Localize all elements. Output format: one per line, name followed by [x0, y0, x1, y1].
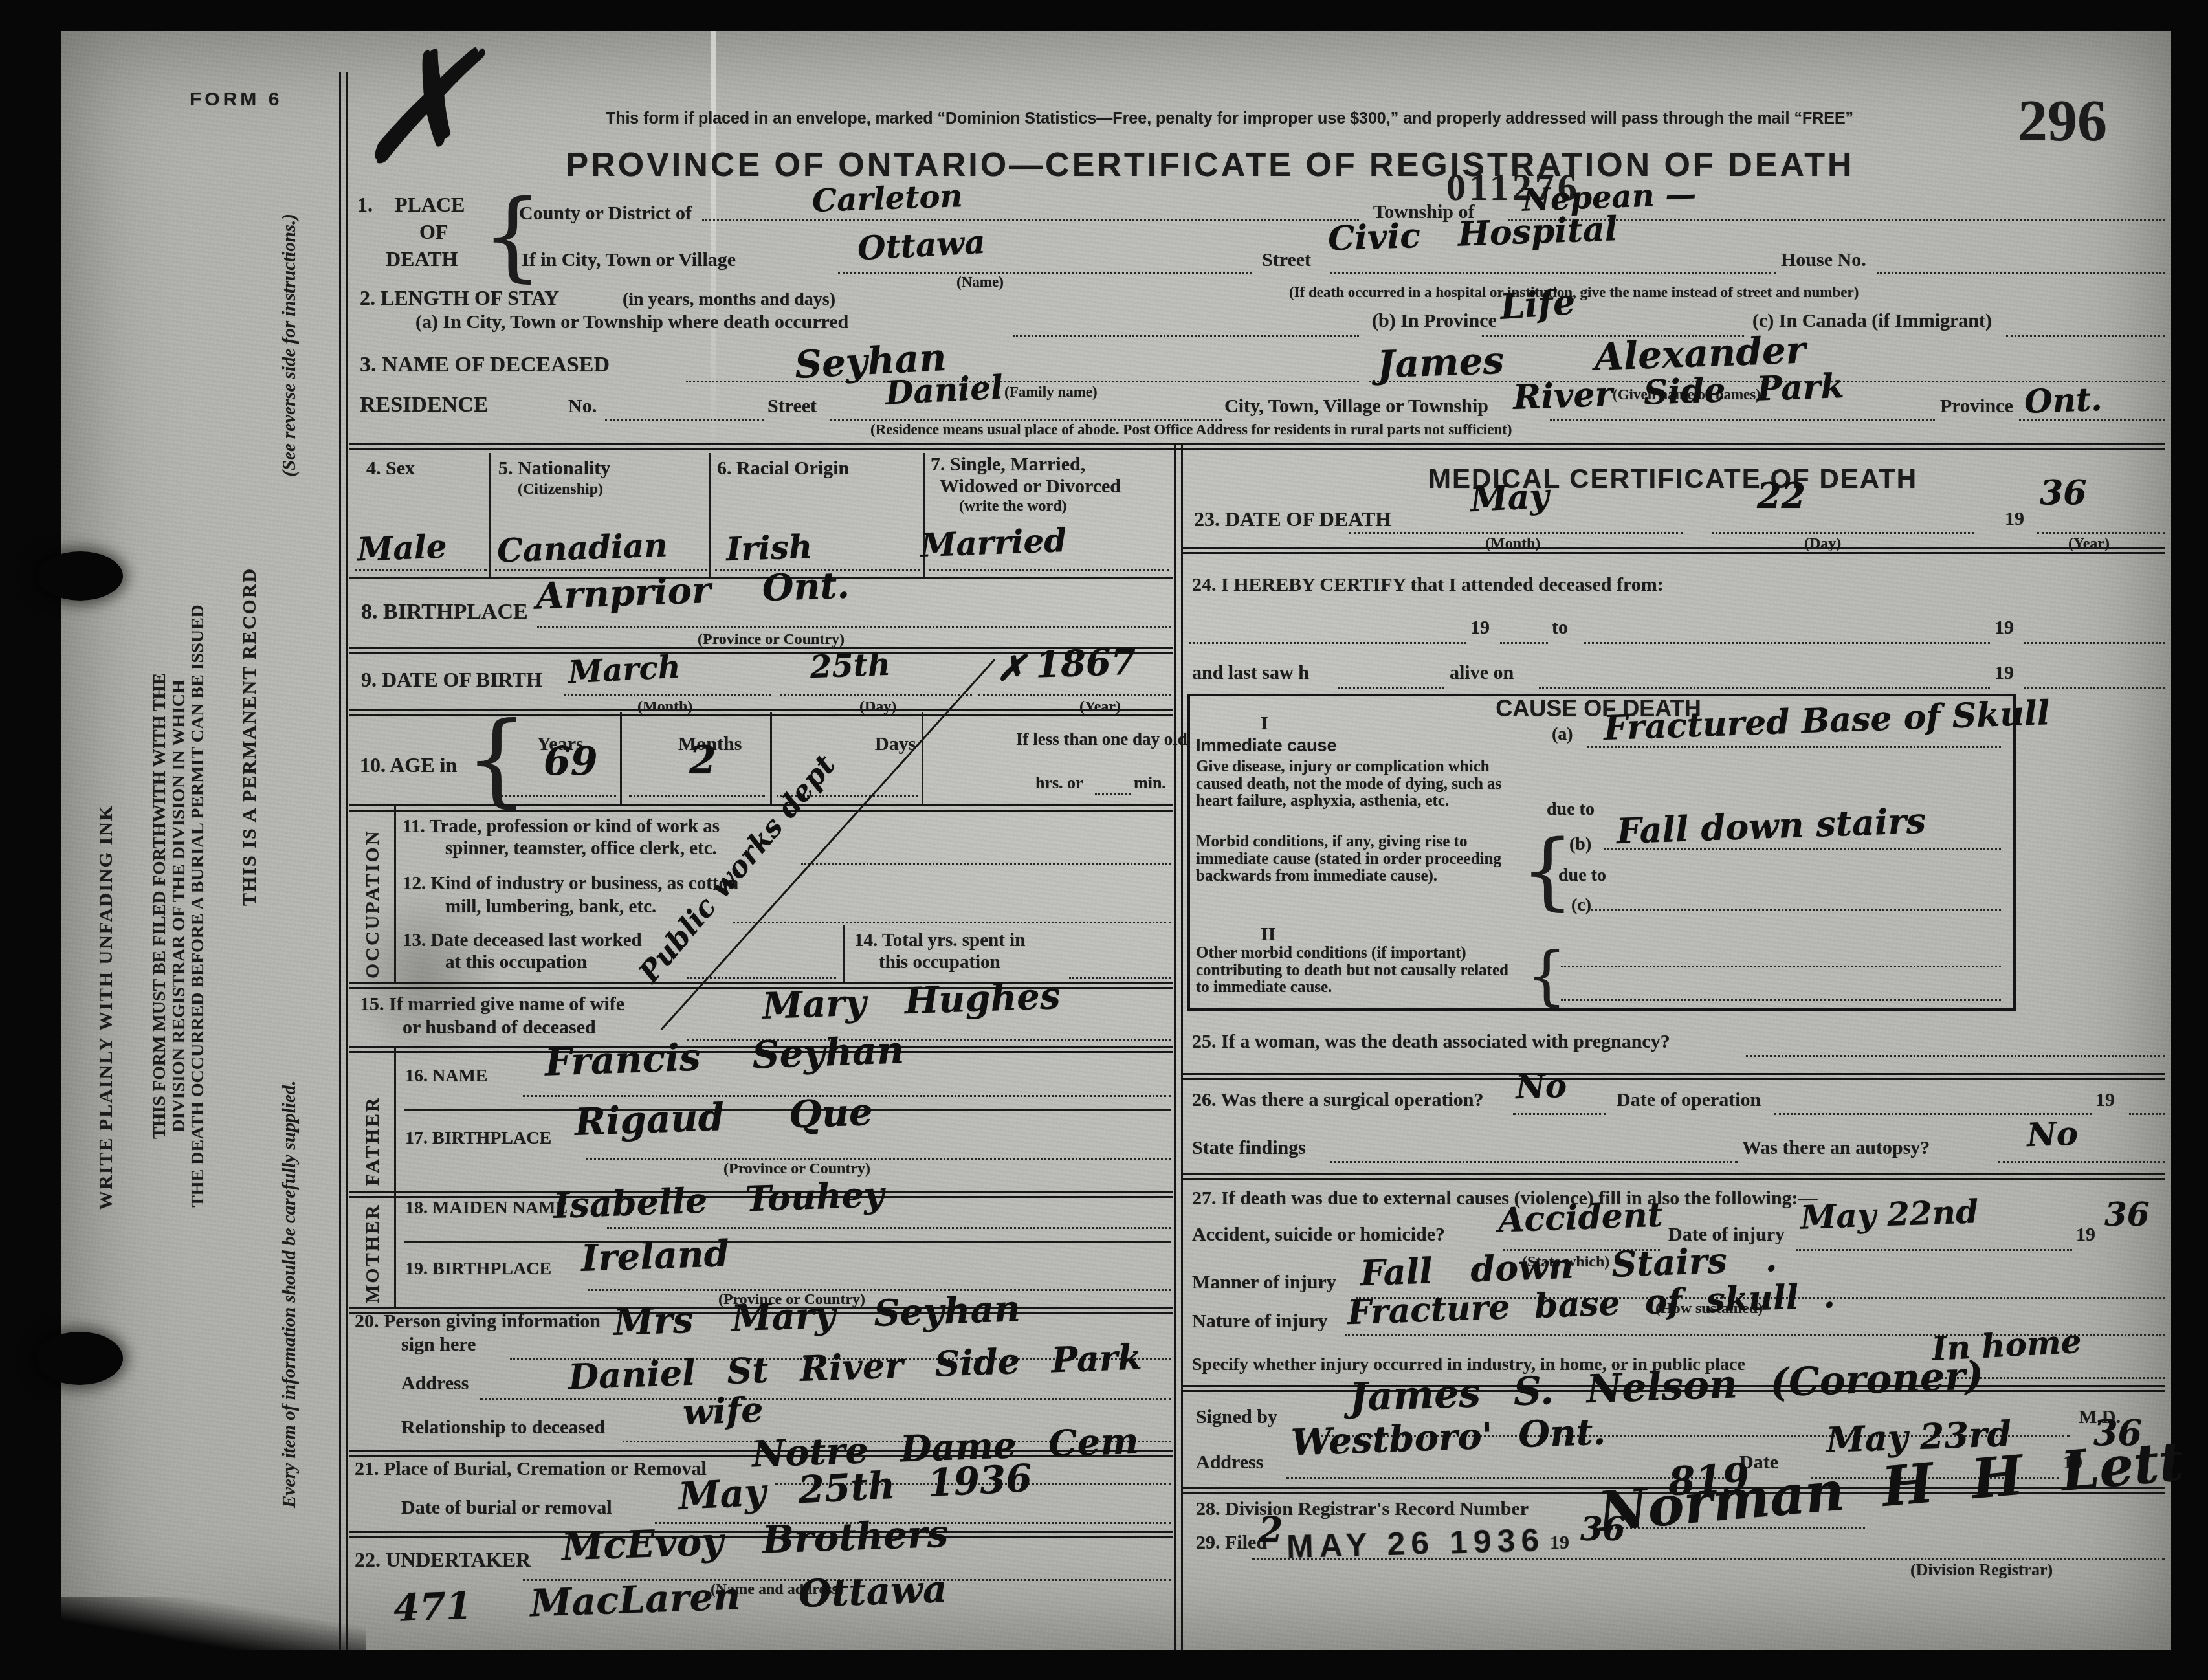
county-label: County or District of	[519, 203, 692, 224]
dotted-line	[2037, 532, 2165, 534]
punch-hole-top	[38, 551, 123, 601]
manner-label: Manner of injury	[1192, 1272, 1336, 1293]
dotted-line	[1069, 977, 1171, 979]
last-saw-year: 19	[1994, 663, 2014, 683]
birth-month-value: March	[568, 650, 681, 689]
nationality-value: Canadian	[496, 527, 668, 568]
birth-x-mark: ✗	[997, 650, 1026, 687]
form-number-label: FORM 6	[190, 89, 282, 110]
mail-notice: This form if placed in an envelope, mark…	[447, 110, 2013, 127]
dotted-line	[1746, 1055, 2165, 1057]
dotted-line	[780, 694, 972, 696]
pregnancy-label: 25. If a woman, was the death associated…	[1192, 1032, 1670, 1052]
nature-label: Nature of injury	[1192, 1311, 1327, 1332]
injury-year-prefix: 19	[2076, 1224, 2095, 1245]
residence-note: (Residence means usual place of abode. P…	[870, 422, 1512, 437]
field2-label: 2. LENGTH OF STAY	[360, 287, 559, 309]
division-registrar-sublabel: (Division Registrar)	[1910, 1561, 2053, 1579]
field2b-value: Life	[1499, 283, 1576, 326]
dotted-line	[1095, 793, 1131, 795]
date-of-death-label: 23. DATE OF DEATH	[1194, 509, 1391, 531]
undertaker-label: 22. UNDERTAKER	[355, 1549, 531, 1571]
residence-street-value: Daniel	[885, 370, 1004, 410]
scanned-death-certificate: WRITE PLAINLY WITH UNFADING INK THIS FOR…	[0, 0, 2208, 1680]
birthplace-sublabel: (Province or Country)	[698, 632, 845, 648]
sidebar-filing-line1: THIS FORM MUST BE FILED FORTHWITH WITH T…	[150, 330, 170, 1482]
city-label: If in City, Town or Village	[522, 250, 736, 271]
dotted-line	[2129, 1113, 2165, 1115]
age-label: 10. AGE in	[360, 755, 457, 777]
racial-origin-value: Irish	[725, 529, 813, 567]
field14-label-line2: this occupation	[879, 953, 1000, 973]
nationality-label: 5. Nationality	[498, 458, 610, 479]
medical-title: MEDICAL CERTIFICATE OF DEATH	[1204, 465, 2142, 494]
field12-label-line2: mill, lumbering, bank, etc.	[445, 897, 656, 917]
findings-label: State findings	[1192, 1138, 1306, 1158]
field12-label-line1: 12. Kind of industry or business, as cot…	[403, 874, 738, 894]
filed-year-prefix: 19	[1550, 1532, 1569, 1553]
morbid-conditions-note: Morbid conditions, if any, giving rise t…	[1196, 834, 1523, 885]
dotted-line	[801, 863, 1171, 865]
age-divider	[620, 712, 622, 804]
residence-city-label: City, Town, Village or Township	[1224, 396, 1488, 417]
residence-label: RESIDENCE	[360, 393, 488, 417]
house-number-label: House No.	[1781, 250, 1866, 271]
death-year-prefix: 19	[2005, 509, 2024, 529]
marital-label-line1: 7. Single, Married,	[931, 454, 1085, 475]
field11-label-line1: 11. Trade, profession or kind of work as	[403, 817, 720, 837]
dotted-line	[1591, 909, 2001, 911]
column-divider	[1174, 443, 1183, 1650]
certify-year2: 19	[1994, 617, 2014, 638]
accident-value: Accident	[1497, 1197, 1663, 1239]
father-birthplace-value: Rigaud Que	[574, 1092, 874, 1143]
cause-roman-one: I	[1261, 713, 1268, 734]
signed-by-label: Signed by	[1196, 1407, 1277, 1428]
field1-label-place: PLACE	[395, 194, 465, 216]
marital-label-line2: Widowed or Divorced	[940, 476, 1121, 497]
dotted-line	[929, 569, 1169, 571]
mother-bracket-line	[394, 1191, 396, 1309]
marital-value: Married	[920, 523, 1067, 562]
dotted-line	[1330, 1161, 1738, 1163]
dotted-line	[480, 1398, 1171, 1400]
age-min-label: min.	[1134, 774, 1166, 792]
residence-province-label: Province	[1940, 396, 2013, 417]
mother-maiden-label: 18. MAIDEN NAME	[405, 1199, 568, 1218]
dotted-line	[1587, 746, 2001, 748]
operation-year: 19	[2095, 1090, 2115, 1111]
date-of-birth-label: 9. DATE OF BIRTH	[361, 669, 542, 691]
last-saw-label: and last saw h	[1192, 663, 1309, 683]
sidebar-filing-line3: THE DEATH OCCURRED BEFORE A BURIAL PERMI…	[188, 330, 208, 1482]
informant-label-line1: 20. Person giving information	[355, 1311, 601, 1332]
signed-address-label: Address	[1196, 1452, 1263, 1473]
dotted-line	[1712, 532, 1974, 534]
sidebar-divider	[339, 72, 348, 1650]
other-morbid-note: Other morbid conditions (if important) c…	[1196, 945, 1523, 997]
birth-year-value: 1867	[1035, 643, 1137, 685]
dotted-line	[686, 381, 1359, 382]
immediate-cause-note: Give disease, injury or complication whi…	[1196, 758, 1523, 810]
dotted-line	[702, 219, 1359, 221]
age-less-label: If less than one day old	[1016, 730, 1187, 749]
field3-label: 3. NAME OF DECEASED	[360, 353, 610, 377]
age-divider	[922, 712, 923, 804]
section-rule	[349, 804, 1173, 812]
accident-label: Accident, suicide or homicide?	[1192, 1224, 1445, 1245]
cause-c-label: (c)	[1571, 896, 1591, 915]
sidebar-every-item: Every item of information should be care…	[280, 1080, 300, 1508]
sidebar-write-plainly: WRITE PLAINLY WITH UNFADING INK	[96, 804, 116, 1210]
dotted-line	[1513, 1113, 1606, 1115]
sex-value: Male	[357, 529, 447, 567]
field1-label-of: OF	[419, 221, 448, 243]
dotted-line	[1349, 532, 1683, 534]
section-rule	[1181, 547, 2165, 554]
certify-label: 24. I HEREBY CERTIFY that I attended dec…	[1192, 575, 1664, 595]
spouse-value: Mary Hughes	[762, 977, 1061, 1026]
father-name-label: 16. NAME	[405, 1067, 488, 1086]
certify-to-label: to	[1552, 617, 1568, 638]
page-number: 296	[2018, 89, 2107, 153]
mother-birthplace-value: Ireland	[580, 1235, 730, 1278]
field2b-label: (b) In Province	[1372, 311, 1497, 331]
marital-sublabel: (write the word)	[959, 498, 1067, 514]
spouse-label-line1: 15. If married give name of wife	[360, 994, 624, 1015]
dotted-line	[629, 795, 765, 797]
city-sublabel: (Name)	[956, 274, 1004, 290]
section-rule	[1181, 1173, 2165, 1180]
burial-date-label: Date of burial or removal	[401, 1498, 612, 1518]
birthplace-label: 8. BIRTHPLACE	[361, 601, 528, 624]
death-month-value: May	[1470, 478, 1550, 518]
row-rule	[404, 1241, 1171, 1243]
dotted-line	[1550, 419, 1935, 421]
informant-address-label: Address	[401, 1373, 469, 1394]
field11-label-line2: spinner, teamster, office clerk, etc.	[445, 839, 717, 859]
dotted-line	[493, 795, 616, 797]
field2a-label: (a) In City, Town or Township where deat…	[415, 312, 848, 333]
autopsy-value: No	[2026, 1116, 2079, 1153]
dotted-line	[537, 626, 1171, 628]
dotted-line	[586, 1158, 1171, 1160]
family-name-sublabel: (Family name)	[1004, 384, 1098, 400]
dotted-line	[2024, 642, 2165, 644]
sidebar-filing-notice: THIS FORM MUST BE FILED FORTHWITH WITH T…	[150, 330, 208, 1482]
field2-sublabel: (in years, months and days)	[623, 290, 835, 309]
dotted-line	[1338, 687, 1444, 689]
dotted-line	[1500, 642, 1548, 644]
filed-prefix-value: 2	[1259, 1512, 1283, 1549]
mother-side-label: MOTHER	[362, 1203, 383, 1303]
field13-label-line2: at this occupation	[445, 953, 587, 973]
page-title: PROVINCE OF ONTARIO—CERTIFICATE OF REGIS…	[447, 148, 1974, 183]
occupation-side-label: OCCUPATION	[362, 829, 383, 978]
autopsy-label: Was there an autopsy?	[1742, 1138, 1930, 1158]
residence-no-label: No.	[568, 396, 597, 417]
certify-year1: 19	[1470, 617, 1490, 638]
mother-birthplace-label: 19. BIRTHPLACE	[405, 1259, 551, 1279]
dotted-line	[733, 922, 1171, 923]
operation-label: 26. Was there a surgical operation?	[1192, 1090, 1484, 1111]
father-birthplace-label: 17. BIRTHPLACE	[405, 1129, 551, 1148]
grid-divider	[709, 453, 711, 577]
dotted-line	[1584, 642, 1990, 644]
filed-label: 29. Filed	[1196, 1532, 1267, 1553]
burial-place-label: 21. Place of Burial, Cremation or Remova…	[355, 1459, 707, 1479]
nationality-sublabel: (Citizenship)	[518, 481, 603, 498]
field13-14-divider	[843, 925, 845, 982]
sidebar-permanent-record: THIS IS A PERMANENT RECORD	[239, 568, 260, 906]
dotted-line	[1561, 999, 2001, 1001]
cause-due-to-1: due to	[1547, 800, 1595, 819]
death-year-value: 36	[2040, 475, 2086, 511]
dotted-line	[588, 1289, 1171, 1291]
father-bracket-line	[394, 1046, 396, 1191]
alive-on-label: alive on	[1450, 663, 1514, 683]
age-divider	[770, 712, 772, 804]
sidebar-instructions: Every item of information should be care…	[280, 214, 300, 1508]
cause-roman-two: II	[1261, 924, 1275, 945]
dotted-line	[1877, 272, 2165, 274]
dotted-line	[2024, 687, 2165, 689]
dotted-line	[355, 569, 487, 571]
operation-value: No	[1515, 1068, 1567, 1105]
dotted-line	[1539, 687, 1990, 689]
street-value: Civic Hospital	[1327, 211, 1618, 257]
cause-b-label: (b)	[1569, 835, 1591, 854]
dotted-line	[564, 694, 771, 696]
informant-relationship-value: wife	[682, 1391, 764, 1431]
dotted-line	[1330, 272, 1776, 274]
dotted-line	[1604, 848, 2001, 850]
field13-label-line1: 13. Date deceased last worked	[403, 931, 642, 951]
injury-date-value: May 22nd	[1800, 1194, 1979, 1235]
cause-a-label: (a)	[1552, 725, 1573, 744]
residence-province-value: Ont.	[2024, 382, 2103, 419]
cause-due-to-2: due to	[1558, 866, 1606, 885]
dotted-line	[978, 694, 1171, 696]
age-years-value: 69	[544, 742, 598, 783]
death-day-value: 22	[1757, 478, 1805, 514]
county-value: Carleton	[811, 180, 963, 218]
city-value: Ottawa	[857, 225, 986, 265]
sex-label: 4. Sex	[366, 458, 415, 479]
father-side-label: FATHER	[362, 1096, 383, 1186]
dotted-line	[1561, 966, 2001, 967]
section-rule	[1181, 1073, 2165, 1080]
grid-divider	[489, 453, 491, 577]
field1-label-death: DEATH	[386, 249, 458, 271]
punch-hole-bottom	[36, 1332, 123, 1385]
dotted-line	[605, 419, 764, 421]
dotted-line	[1013, 335, 1359, 337]
age-months-value: 2	[689, 740, 716, 782]
sidebar-filing-line2: DIVISION REGISTRAR OF THE DIVISION IN WH…	[170, 330, 189, 1482]
field14-label-line1: 14. Total yrs. spent in	[854, 931, 1025, 951]
cause-brace-ii: {	[1526, 944, 1567, 1008]
sidebar-see-reverse: (See reverse side for instructions.)	[280, 214, 300, 477]
dotted-line	[1796, 1249, 2072, 1251]
informant-relationship-label: Relationship to deceased	[401, 1417, 605, 1438]
dotted-line	[2006, 335, 2165, 337]
racial-origin-label: 6. Racial Origin	[717, 458, 849, 479]
scan-shadow-corner	[61, 1597, 366, 1650]
age-hrs-label: hrs. or	[1035, 774, 1083, 792]
occupation-bracket-line	[394, 804, 396, 983]
record-number-label: 28. Division Registrar's Record Number	[1196, 1499, 1529, 1520]
immediate-cause-label: Immediate cause	[1196, 736, 1337, 755]
dotted-line	[607, 1227, 1171, 1229]
dotted-line	[1189, 642, 1466, 644]
informant-label-line2: sign here	[401, 1334, 476, 1355]
street-label: Street	[1262, 250, 1311, 271]
field1-number: 1.	[357, 194, 373, 216]
section-rule	[349, 443, 2165, 450]
injury-year-value: 36	[2104, 1197, 2150, 1232]
dotted-line	[838, 272, 1252, 274]
dotted-line	[1998, 1161, 2165, 1163]
spouse-label-line2: or husband of deceased	[403, 1017, 596, 1038]
residence-street-label: Street	[767, 396, 817, 417]
operation-date-label: Date of operation	[1617, 1090, 1761, 1111]
birth-day-value: 25th	[810, 648, 891, 684]
